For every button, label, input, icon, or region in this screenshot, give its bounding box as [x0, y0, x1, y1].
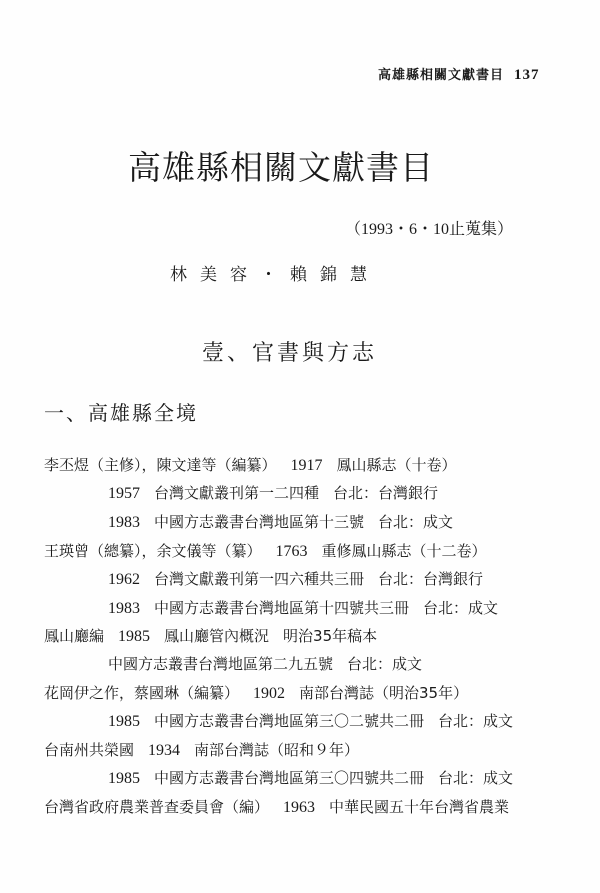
entry-year: 1985: [108, 713, 140, 730]
entry-line: 王瑛曾（總纂），余文儀等（纂）1763重修鳳山縣志（十二卷）: [44, 540, 487, 561]
entry-publisher: 台北：成文: [438, 712, 513, 730]
document-title: 高雄縣相關文獻書目: [128, 142, 434, 189]
entry-year: 1902: [253, 685, 285, 702]
page-number: 137: [514, 67, 540, 83]
entry-line: 1983中國方志叢書台灣地區第十三號台北：成文: [108, 511, 453, 532]
entry-year: 1963: [283, 799, 315, 816]
entry-title: 南部台灣誌（明治35年）: [299, 684, 468, 702]
entry-author: 王瑛曾（總纂），余文儀等（纂）: [44, 542, 262, 560]
running-head-title: 高雄縣相關文獻書目: [378, 68, 504, 83]
running-head: 高雄縣相關文獻書目137: [378, 64, 540, 84]
entry-author: 花岡伊之作，蔡國琳（編纂）: [44, 684, 239, 702]
entry-year: 1985: [118, 628, 150, 645]
entry-year: 1983: [108, 514, 140, 531]
entry-publisher: 台北：成文: [378, 513, 453, 531]
entry-line: 鳳山廳編1985鳳山廳管內概況明治35年稿本: [44, 625, 377, 646]
entry-series: 台灣文獻叢刊第一二四種: [154, 484, 319, 502]
entry-title: 鳳山廳管內概況: [164, 627, 269, 645]
entry-year: 1962: [108, 571, 140, 588]
entry-line: 李丕煜（主修），陳文達等（編纂）1917鳳山縣志（十卷）: [44, 454, 457, 475]
entry-publisher: 台北：台灣銀行: [333, 484, 438, 502]
entry-author: 李丕煜（主修），陳文達等（編纂）: [44, 456, 277, 474]
date-note: （1993・6・10止蒐集）: [345, 216, 513, 239]
entry-line: 台南州共榮國1934南部台灣誌（昭和９年）: [44, 739, 359, 760]
entry-author: 鳳山廳編: [44, 627, 104, 645]
entry-publisher: 台北：台灣銀行: [378, 570, 483, 588]
entry-line: 1983中國方志叢書台灣地區第十四號共三冊台北：成文: [108, 597, 498, 618]
entry-title: 南部台灣誌（昭和９年）: [194, 741, 359, 759]
document-page: 高雄縣相關文獻書目137 高雄縣相關文獻書目 （1993・6・10止蒐集） 林美…: [0, 0, 600, 893]
entry-series: 中國方志叢書台灣地區第三〇四號共二冊: [154, 769, 424, 787]
entry-title: 重修鳳山縣志（十二卷）: [322, 542, 487, 560]
entry-title: 中華民國五十年台灣省農業: [329, 798, 509, 816]
entry-year: 1957: [108, 485, 140, 502]
entry-series: 中國方志叢書台灣地區第十三號: [154, 513, 364, 531]
entry-year: 1985: [108, 770, 140, 787]
entry-series: 台灣文獻叢刊第一四六種共三冊: [154, 570, 364, 588]
entry-publisher: 台北：成文: [347, 655, 422, 673]
entry-title: 鳳山縣志（十卷）: [337, 456, 457, 474]
entry-publisher: 台北：成文: [438, 769, 513, 787]
section-title: 壹、官書與方志: [202, 336, 377, 367]
entry-author: 台灣省政府農業普查委員會（編）: [44, 798, 269, 816]
subsection-title: 一、高雄縣全境: [44, 397, 198, 426]
entry-year: 1983: [108, 600, 140, 617]
entry-line: 1957台灣文獻叢刊第一二四種台北：台灣銀行: [108, 482, 438, 503]
entry-series: 中國方志叢書台灣地區第十四號共三冊: [154, 599, 409, 617]
entry-line: 花岡伊之作，蔡國琳（編纂）1902南部台灣誌（明治35年）: [44, 682, 468, 703]
entry-note: 明治35年稿本: [283, 627, 377, 645]
entry-year: 1934: [148, 742, 180, 759]
entry-series: 中國方志叢書台灣地區第三〇二號共二冊: [154, 712, 424, 730]
entry-year: 1917: [291, 457, 323, 474]
entry-line: 中國方志叢書台灣地區第二九五號台北：成文: [108, 653, 422, 674]
entry-line: 1985中國方志叢書台灣地區第三〇二號共二冊台北：成文: [108, 710, 513, 731]
entry-line: 1985中國方志叢書台灣地區第三〇四號共二冊台北：成文: [108, 767, 513, 788]
authors: 林美容・賴錦慧: [170, 260, 380, 285]
entry-line: 1962台灣文獻叢刊第一四六種共三冊台北：台灣銀行: [108, 568, 483, 589]
entry-year: 1763: [276, 543, 308, 560]
entry-publisher: 台北：成文: [423, 599, 498, 617]
entry-series: 中國方志叢書台灣地區第二九五號: [108, 655, 333, 673]
entry-author: 台南州共榮國: [44, 741, 134, 759]
entry-line: 台灣省政府農業普查委員會（編）1963中華民國五十年台灣省農業: [44, 796, 509, 817]
